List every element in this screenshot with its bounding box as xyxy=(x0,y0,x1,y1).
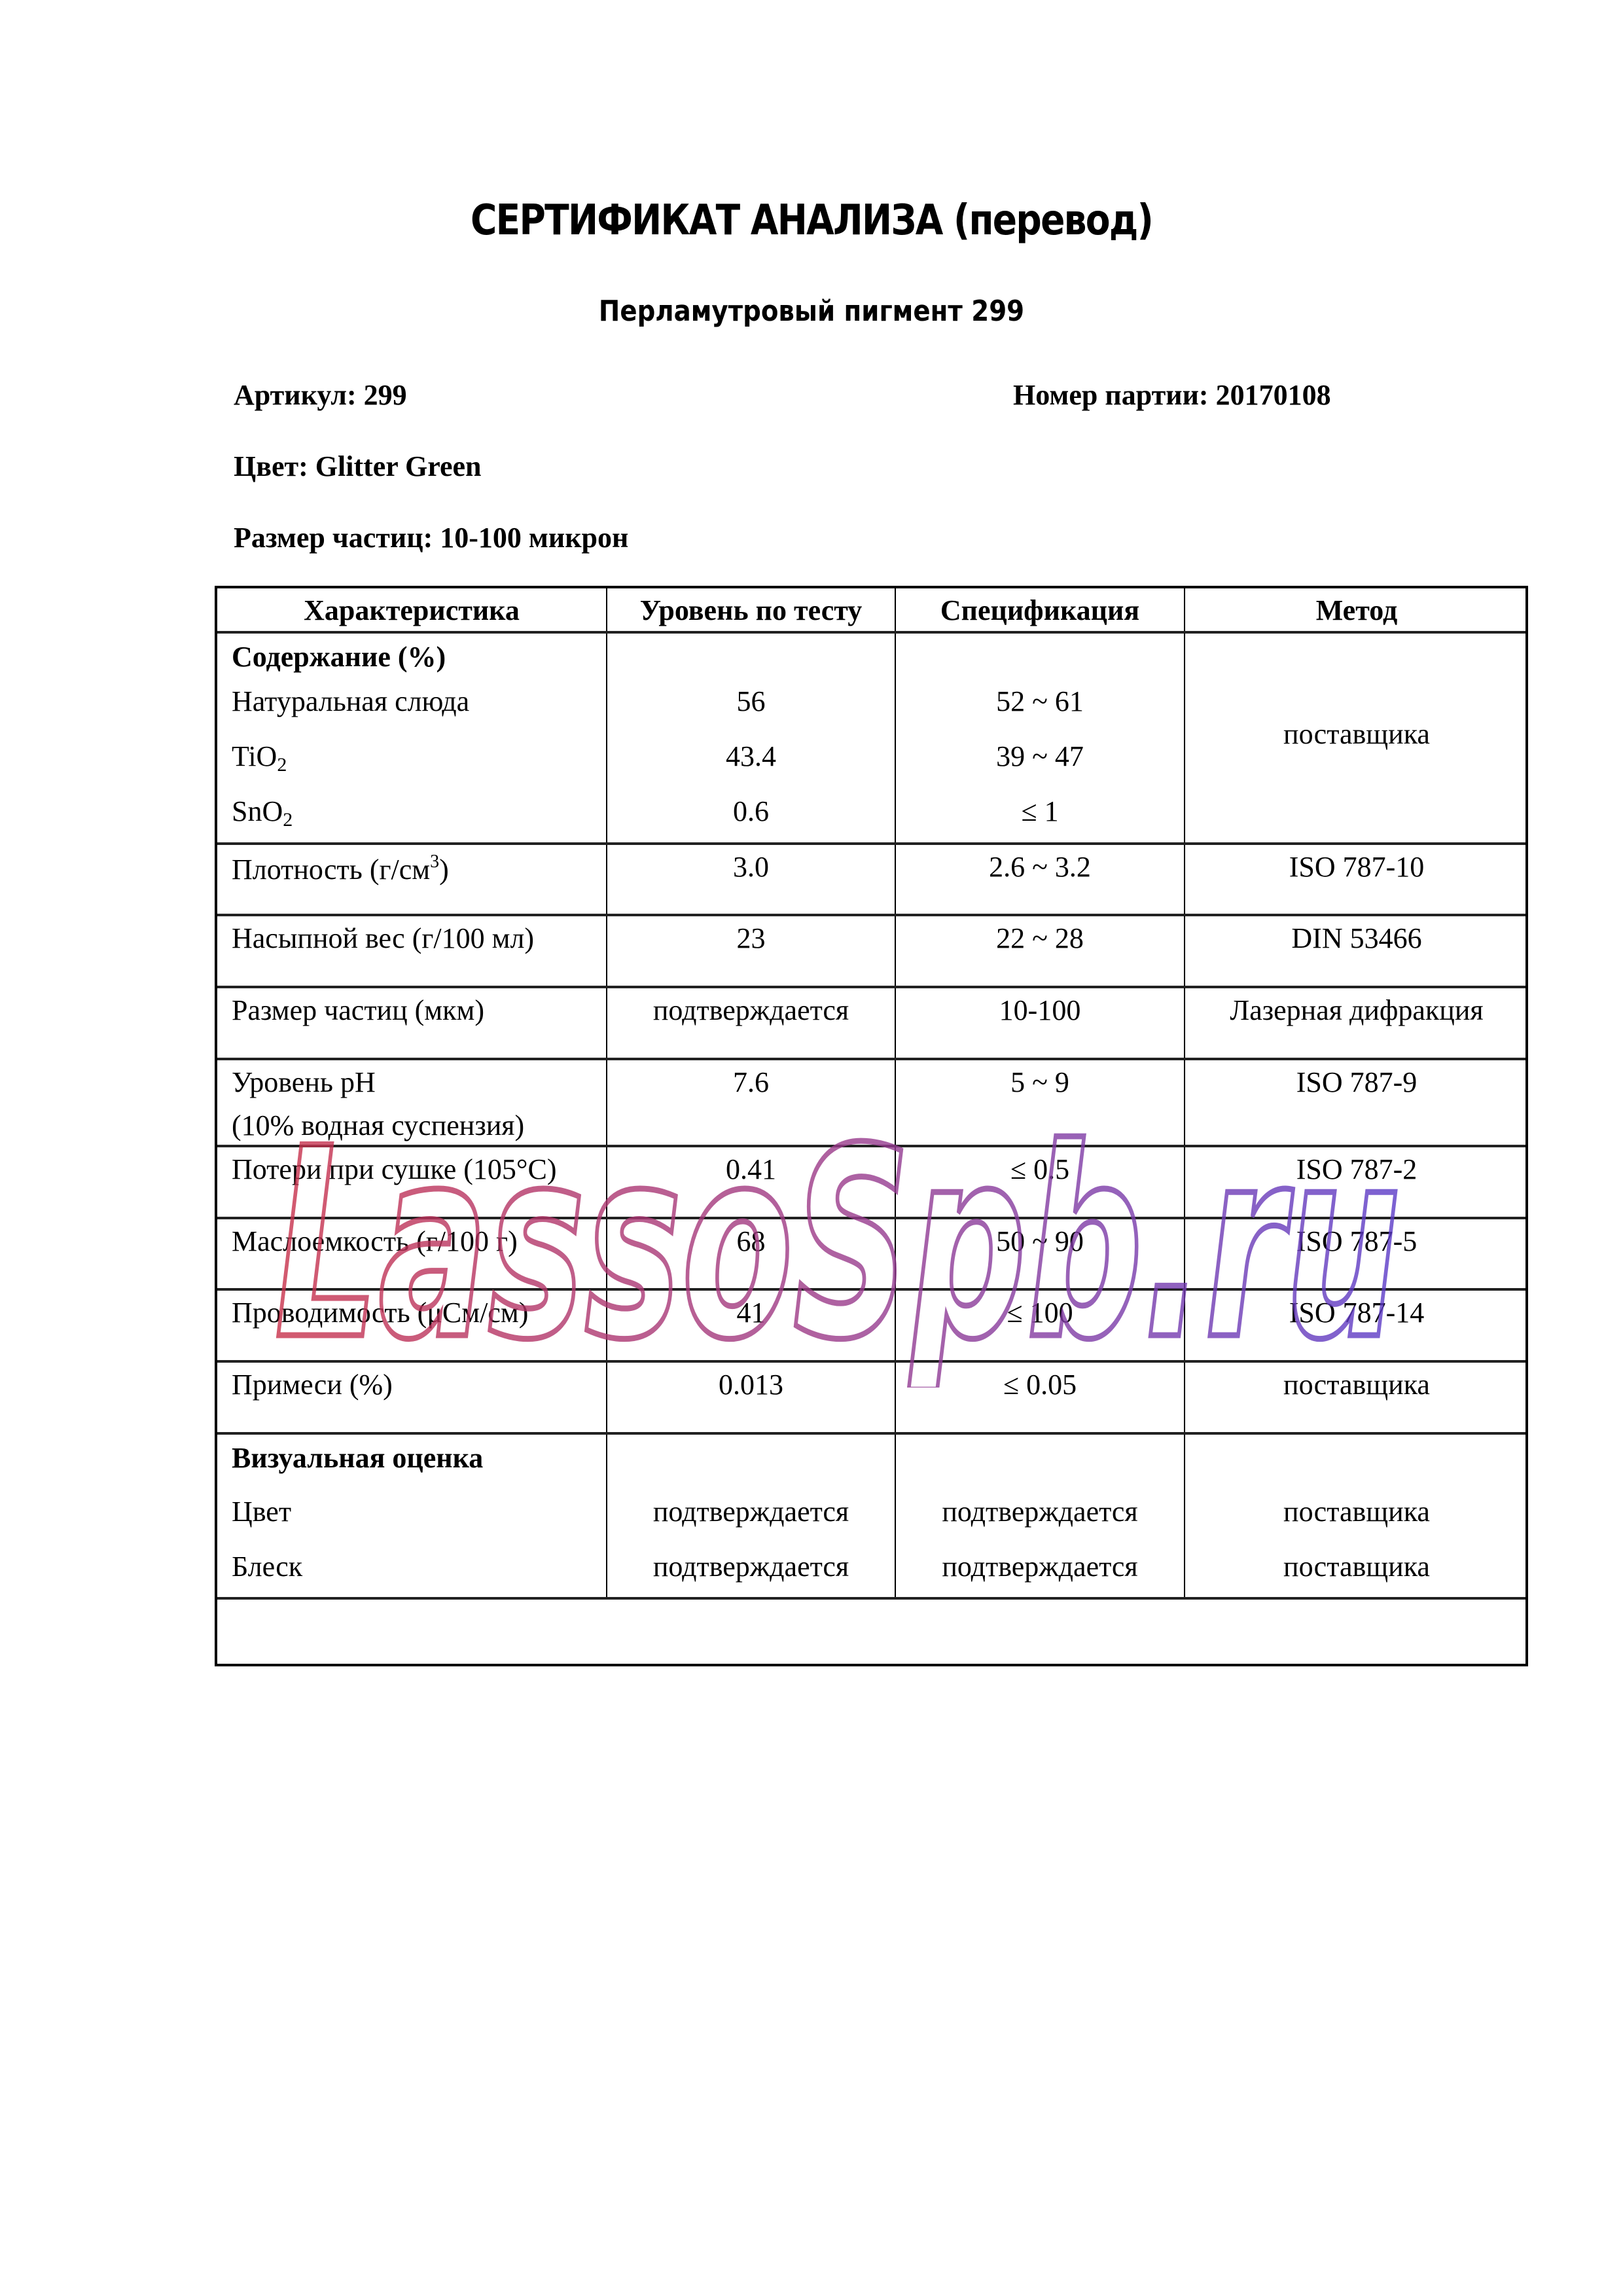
row-name: Плотность (г/см3) xyxy=(232,853,449,884)
visual-item-gloss: Блеск xyxy=(232,1552,302,1581)
color-name: Цвет: Glitter Green xyxy=(234,450,482,483)
header-characteristic: Характеристика xyxy=(217,588,606,631)
row-spec: ≤ 0.5 xyxy=(896,1155,1184,1184)
spec-tio2: 39 ~ 47 xyxy=(896,742,1184,771)
value-tio2: 43.4 xyxy=(607,742,895,771)
method-content: поставщика xyxy=(1185,720,1528,749)
row-name: Примеси (%) xyxy=(232,1371,393,1399)
row-method: DIN 53466 xyxy=(1185,924,1528,953)
row-method: ISO 787-2 xyxy=(1185,1155,1528,1184)
row-spec: 5 ~ 9 xyxy=(896,1068,1184,1097)
table-row: Плотность (г/см3) 3.0 2.6 ~ 3.2 ISO 787-… xyxy=(217,842,1525,914)
table-row: Примеси (%) 0.013 ≤ 0.05 поставщика xyxy=(217,1360,1525,1432)
row-name: Насыпной вес (г/100 мл) xyxy=(232,924,534,953)
visual-group-label: Визуальная оценка xyxy=(232,1444,483,1473)
row-spec: ≤ 0.05 xyxy=(896,1371,1184,1399)
spec-mica: 52 ~ 61 xyxy=(896,687,1184,716)
row-name: Размер частиц (мкм) xyxy=(232,996,484,1025)
table-row: Уровень pH (10% водная суспензия) 7.6 5 … xyxy=(217,1058,1525,1145)
row-value: подтверждается xyxy=(607,996,895,1025)
row-value: 0.41 xyxy=(607,1155,895,1184)
visual-method-gloss: поставщика xyxy=(1185,1552,1528,1581)
row-spec: 2.6 ~ 3.2 xyxy=(896,853,1184,882)
content-group-label: Содержание (%) xyxy=(232,643,446,672)
document-title: СЕРТИФИКАТ АНАЛИЗА (перевод) xyxy=(114,196,1510,245)
row-name: Маслоемкость (г/100 г) xyxy=(232,1227,518,1256)
table-row: Размер частиц (мкм) подтверждается 10-10… xyxy=(217,986,1525,1058)
table-row: Проводимость (μСм/см) 41 ≤ 100 ISO 787-1… xyxy=(217,1288,1525,1360)
value-sno2: 0.6 xyxy=(607,797,895,826)
row-method: Лазерная дифракция xyxy=(1185,996,1528,1025)
table-row-empty xyxy=(217,1597,1525,1666)
visual-value-color: подтверждается xyxy=(607,1498,895,1526)
visual-value-gloss: подтверждается xyxy=(607,1552,895,1581)
row-method: поставщика xyxy=(1185,1371,1528,1399)
particle-size-summary: Размер частиц: 10-100 микрон xyxy=(234,521,628,554)
row-name: Потери при сушке (105°C) xyxy=(232,1155,556,1184)
analysis-table: Характеристика Уровень по тесту Специфик… xyxy=(215,586,1528,1666)
visual-spec-gloss: подтверждается xyxy=(896,1552,1184,1581)
row-spec: 50 ~ 90 xyxy=(896,1227,1184,1256)
value-mica: 56 xyxy=(607,687,895,716)
table-row: Потери при сушке (105°C) 0.41 ≤ 0.5 ISO … xyxy=(217,1145,1525,1217)
content-item-mica: Натуральная слюда xyxy=(232,687,469,716)
table-row: Насыпной вес (г/100 мл) 23 22 ~ 28 DIN 5… xyxy=(217,914,1525,986)
product-subtitle: Перламутровый пигмент 299 xyxy=(98,295,1525,328)
spec-sno2: ≤ 1 xyxy=(896,797,1184,826)
row-name: Уровень pH xyxy=(232,1068,376,1097)
header-method: Метод xyxy=(1184,588,1528,631)
row-value: 68 xyxy=(607,1227,895,1256)
row-value: 3.0 xyxy=(607,853,895,882)
row-name: Проводимость (μСм/см) xyxy=(232,1299,528,1327)
row-value: 23 xyxy=(607,924,895,953)
content-item-sno2: SnO2 xyxy=(232,797,293,830)
table-header-row: Характеристика Уровень по тесту Специфик… xyxy=(217,588,1525,631)
row-name-note: (10% водная суспензия) xyxy=(232,1111,524,1140)
row-spec: ≤ 100 xyxy=(896,1299,1184,1327)
header-specification: Спецификация xyxy=(895,588,1184,631)
row-method: ISO 787-10 xyxy=(1185,853,1528,882)
batch-number: Номер партии: 20170108 xyxy=(1013,378,1331,412)
visual-method-color: поставщика xyxy=(1185,1498,1528,1526)
table-row-visual: Визуальная оценка Цвет Блеск подтверждае… xyxy=(217,1432,1525,1597)
header-test-level: Уровень по тесту xyxy=(606,588,895,631)
row-value: 0.013 xyxy=(607,1371,895,1399)
visual-item-color: Цвет xyxy=(232,1498,291,1526)
row-value: 41 xyxy=(607,1299,895,1327)
row-method: ISO 787-14 xyxy=(1185,1299,1528,1327)
content-item-tio2: TiO2 xyxy=(232,742,287,775)
row-spec: 10-100 xyxy=(896,996,1184,1025)
row-method: ISO 787-5 xyxy=(1185,1227,1528,1256)
visual-spec-color: подтверждается xyxy=(896,1498,1184,1526)
table-row: Маслоемкость (г/100 г) 68 50 ~ 90 ISO 78… xyxy=(217,1217,1525,1288)
table-row-content: Содержание (%) Натуральная слюда TiO2 Sn… xyxy=(217,631,1525,842)
row-method: ISO 787-9 xyxy=(1185,1068,1528,1097)
row-value: 7.6 xyxy=(607,1068,895,1097)
row-spec: 22 ~ 28 xyxy=(896,924,1184,953)
article-number: Артикул: 299 xyxy=(234,378,407,412)
